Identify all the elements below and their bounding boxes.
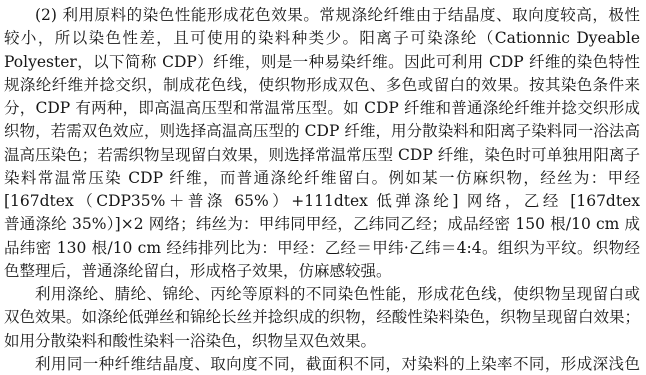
paragraph-crystallinity: 利用同一种纤维结晶度、取向度不同，截面积不同，对染料的上染率不同，形成深浅色 (4, 353, 640, 375)
paragraph-fiber-blends: 利用涤纶、腈纶、锦纶、丙纶等原料的不同染色性能，形成花色线，使织物呈现留白或 双… (4, 283, 640, 353)
text-line: 温高压染色；若需织物呈现留白效果，则选择常温常压型 CDP 纤维，染色时可单独用… (4, 144, 640, 167)
text-line: 利用同一种纤维结晶度、取向度不同，截面积不同，对染料的上染率不同，形成深浅色 (4, 353, 640, 375)
text-line: Polyester，以下简称 CDP）纤维，则是一种易染纤维。因此可利用 CDP… (4, 51, 640, 74)
paragraph-cdp-dyeing: (2) 利用原料的染色性能形成花色效果。常规涤纶纤维由于结晶度、取向度较高，极性… (4, 4, 640, 283)
text-line: [167dtex（CDP35%＋普涤 65%）+111dtex 低弹涤纶] 网络… (4, 190, 640, 213)
text-line: 普通涤纶 35%）]×2 网络；纬丝为：甲纬同甲经，乙纬同乙经；成品经密 150… (4, 213, 640, 236)
document-page: (2) 利用原料的染色性能形成花色效果。常规涤纶纤维由于结晶度、取向度较高，极性… (0, 0, 646, 375)
text-line: 规涤纶纤维并捻交织，制成花色线，使织物形成双色、多色或留白的效果。按其染色条件来 (4, 74, 640, 97)
text-line: 织物，若需双色效应，则选择高温高压型的 CDP 纤维，用分散染料和阳离子染料同一… (4, 120, 640, 143)
text-line: 如用分散染料和酸性染料一浴染色，织物呈双色效果。 (4, 330, 640, 353)
text-line: (2) 利用原料的染色性能形成花色效果。常规涤纶纤维由于结晶度、取向度较高，极性 (4, 4, 640, 27)
text-line: 品纬密 130 根/10 cm 经纬排列比为：甲经：乙经＝甲纬·乙纬＝4:4。组… (4, 237, 640, 260)
text-line: 色整理后，普通涤纶留白，形成格子效果，仿麻感较强。 (4, 260, 640, 283)
text-line: 分，CDP 有两种，即高温高压型和常温常压型。如 CDP 纤维和普通涤纶纤维并捻… (4, 97, 640, 120)
text-line: 双色效果。如涤纶低弹丝和锦纶长丝并捻织成的织物，经酸性染料染色，织物呈现留白效果… (4, 306, 640, 329)
text-line: 利用涤纶、腈纶、锦纶、丙纶等原料的不同染色性能，形成花色线，使织物呈现留白或 (4, 283, 640, 306)
text-line: 较小，所以染色性差，且可使用的染料种类少。阳离子可染涤纶（Cationnic D… (4, 27, 640, 50)
text-line: 染料常温常压染 CDP 纤维，而普通涤纶纤维留白。例如某一仿麻织物，经丝为：甲经 (4, 167, 640, 190)
